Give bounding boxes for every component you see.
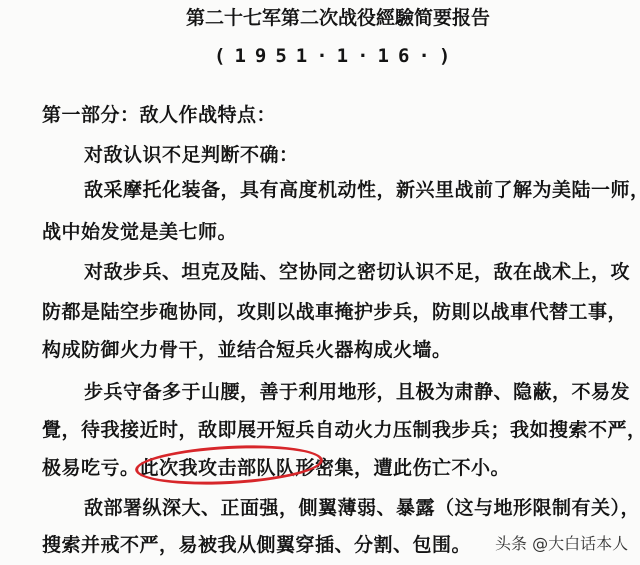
paragraph-3-line-1: 步兵守备多于山腰，善于利用地形，且极为肃静、隐蔽，不易发: [84, 380, 630, 404]
paragraph-4-line-1: 敌部署纵深大、正面强，側翼薄弱、暴露（这与地形限制有关），: [84, 496, 640, 520]
paragraph-4-line-2: 搜索并戒不严，易被我从側翼穿插、分割、包围。: [42, 533, 471, 557]
watermark: 头条 @大白话本人: [495, 534, 628, 554]
red-circle-annotation: [134, 441, 324, 489]
paragraph-2-line-3: 构成防御火力骨干，並结合短兵火器构成火墙。: [42, 338, 452, 362]
paragraph-1-line-1: 敌采摩托化装备，具有高度机动性，新兴里战前了解为美陆一师，: [84, 178, 640, 202]
paragraph-3-line-2: 覺，待我接近时，敌即展开短兵自动火力压制我步兵；我如搜索不严，: [42, 418, 640, 442]
paragraph-2-line-1: 对敌步兵、坦克及陆、空协同之密切认识不足，敌在战术上，攻: [84, 260, 630, 284]
paragraph-1-line-2: 战中始发觉是美七师。: [42, 220, 237, 244]
paragraph-2-line-2: 防都是陆空步砲协同，攻則以战車掩护步兵，防則以战車代替工事，: [42, 300, 627, 324]
subheading: 对敌认识不足判断不确：: [84, 143, 299, 167]
document-date: (1951·1·16·): [214, 44, 459, 68]
section-heading: 第一部分：敌人作战特点：: [42, 103, 276, 127]
document-title: 第二十七军第二次战役經驗简要报告: [186, 6, 490, 30]
